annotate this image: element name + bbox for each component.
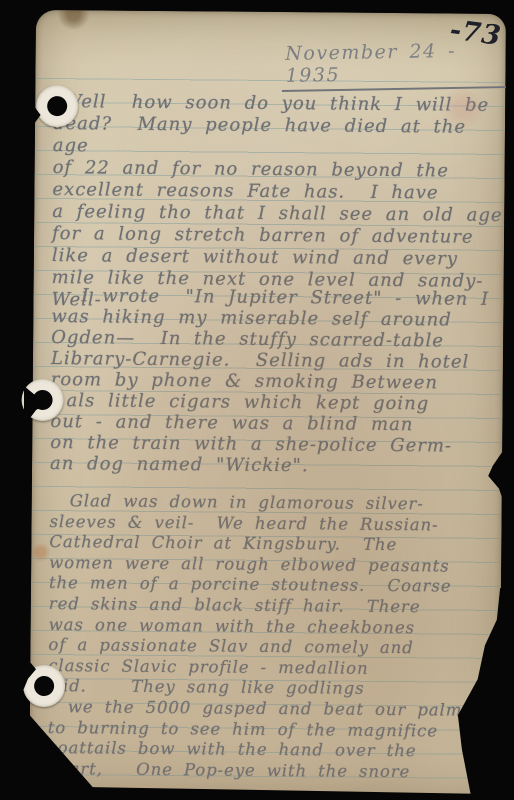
- date-heading: November 24 - 1935: [281, 39, 506, 92]
- handwritten-line: heart, One Pop-eye with the snore: [47, 759, 514, 784]
- notebook-page: -73 November 24 - 1935 Well how soon do …: [29, 10, 506, 800]
- paragraph-1: Well how soon do you think I will be dea…: [51, 91, 505, 315]
- handwritten-line: dead? Many people have died at the age: [53, 113, 505, 161]
- handwritten-line: an dog named "Wickie".: [50, 453, 502, 478]
- hole-punch-top: [36, 85, 78, 127]
- paragraph-3: Glad was down in glamorous silver- sleev…: [47, 491, 514, 783]
- scanned-notebook-photo: -73 November 24 - 1935 Well how soon do …: [0, 0, 514, 800]
- paragraph-2: I wrote "In Jupiter Street" - when I was…: [50, 285, 504, 478]
- punch-hole: [47, 96, 67, 116]
- punch-hole: [34, 676, 54, 696]
